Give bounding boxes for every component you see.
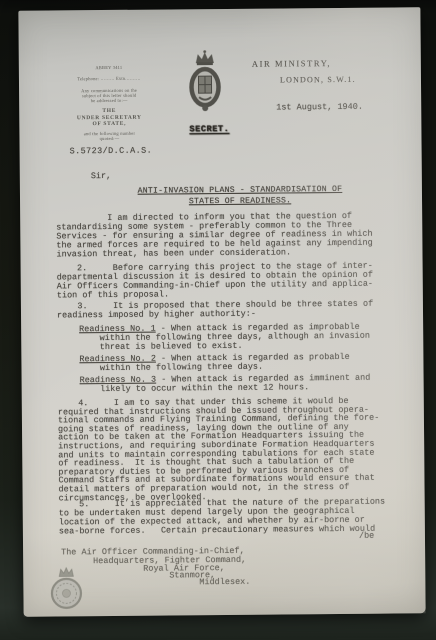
letter-title: ANTI-INVASION PLANS - STANDARDISATION OF… [80, 183, 400, 208]
letterhead-telephone-line: Telephone: ……… Extn.……… [64, 76, 154, 82]
letterhead-of-state: OF STATE, [64, 121, 154, 128]
ministry-name: AIR MINISTRY, [252, 58, 331, 69]
letter-date: 1st August, 1940. [276, 103, 363, 113]
letterhead-communications-note: be addressed to:— [64, 98, 154, 104]
readiness-state-2: Readiness No. 2 - When attack is regarde… [79, 353, 350, 373]
secret-stamp: SECRET. [189, 125, 229, 134]
letterhead-number-note: quoted:— [64, 135, 154, 141]
embossed-seal-icon [45, 564, 87, 612]
paragraph-1: I am directed to inform you that the que… [56, 212, 373, 260]
address-line: Middlesex. [199, 578, 250, 587]
reference-number: S.5723/D.C.A.S. [70, 147, 153, 157]
letter-title-line2: STATES OF READINESS. [80, 194, 400, 208]
letterhead-telephone-exchange: ABBEY 3411 [64, 65, 154, 71]
readiness-state-3: Readiness No. 3 - When attack is regarde… [80, 374, 371, 395]
document-page: ABBEY 3411 Telephone: ……… Extn.……… Any c… [18, 7, 425, 616]
paragraph-4: 4. I am to say that under this scheme it… [58, 397, 380, 503]
continuation-mark: /be [359, 532, 374, 541]
paragraph-2: 2. Before carrying this project to the s… [57, 262, 374, 301]
paragraph-3: 3. It is proposed that there should be t… [57, 300, 373, 321]
royal-crest-icon [185, 50, 226, 118]
photograph-of-document: ABBEY 3411 Telephone: ……… Extn.……… Any c… [0, 0, 436, 640]
letterhead: ABBEY 3411 Telephone: ……… Extn.……… Any c… [64, 65, 155, 141]
readiness-state-1: Readiness No. 1 - When attack is regarde… [79, 323, 370, 353]
ministry-city: LONDON, S.W.1. [280, 75, 356, 85]
salutation: Sir, [91, 172, 111, 181]
paragraph-5: 5. It is appreciated that the nature of … [59, 498, 386, 537]
